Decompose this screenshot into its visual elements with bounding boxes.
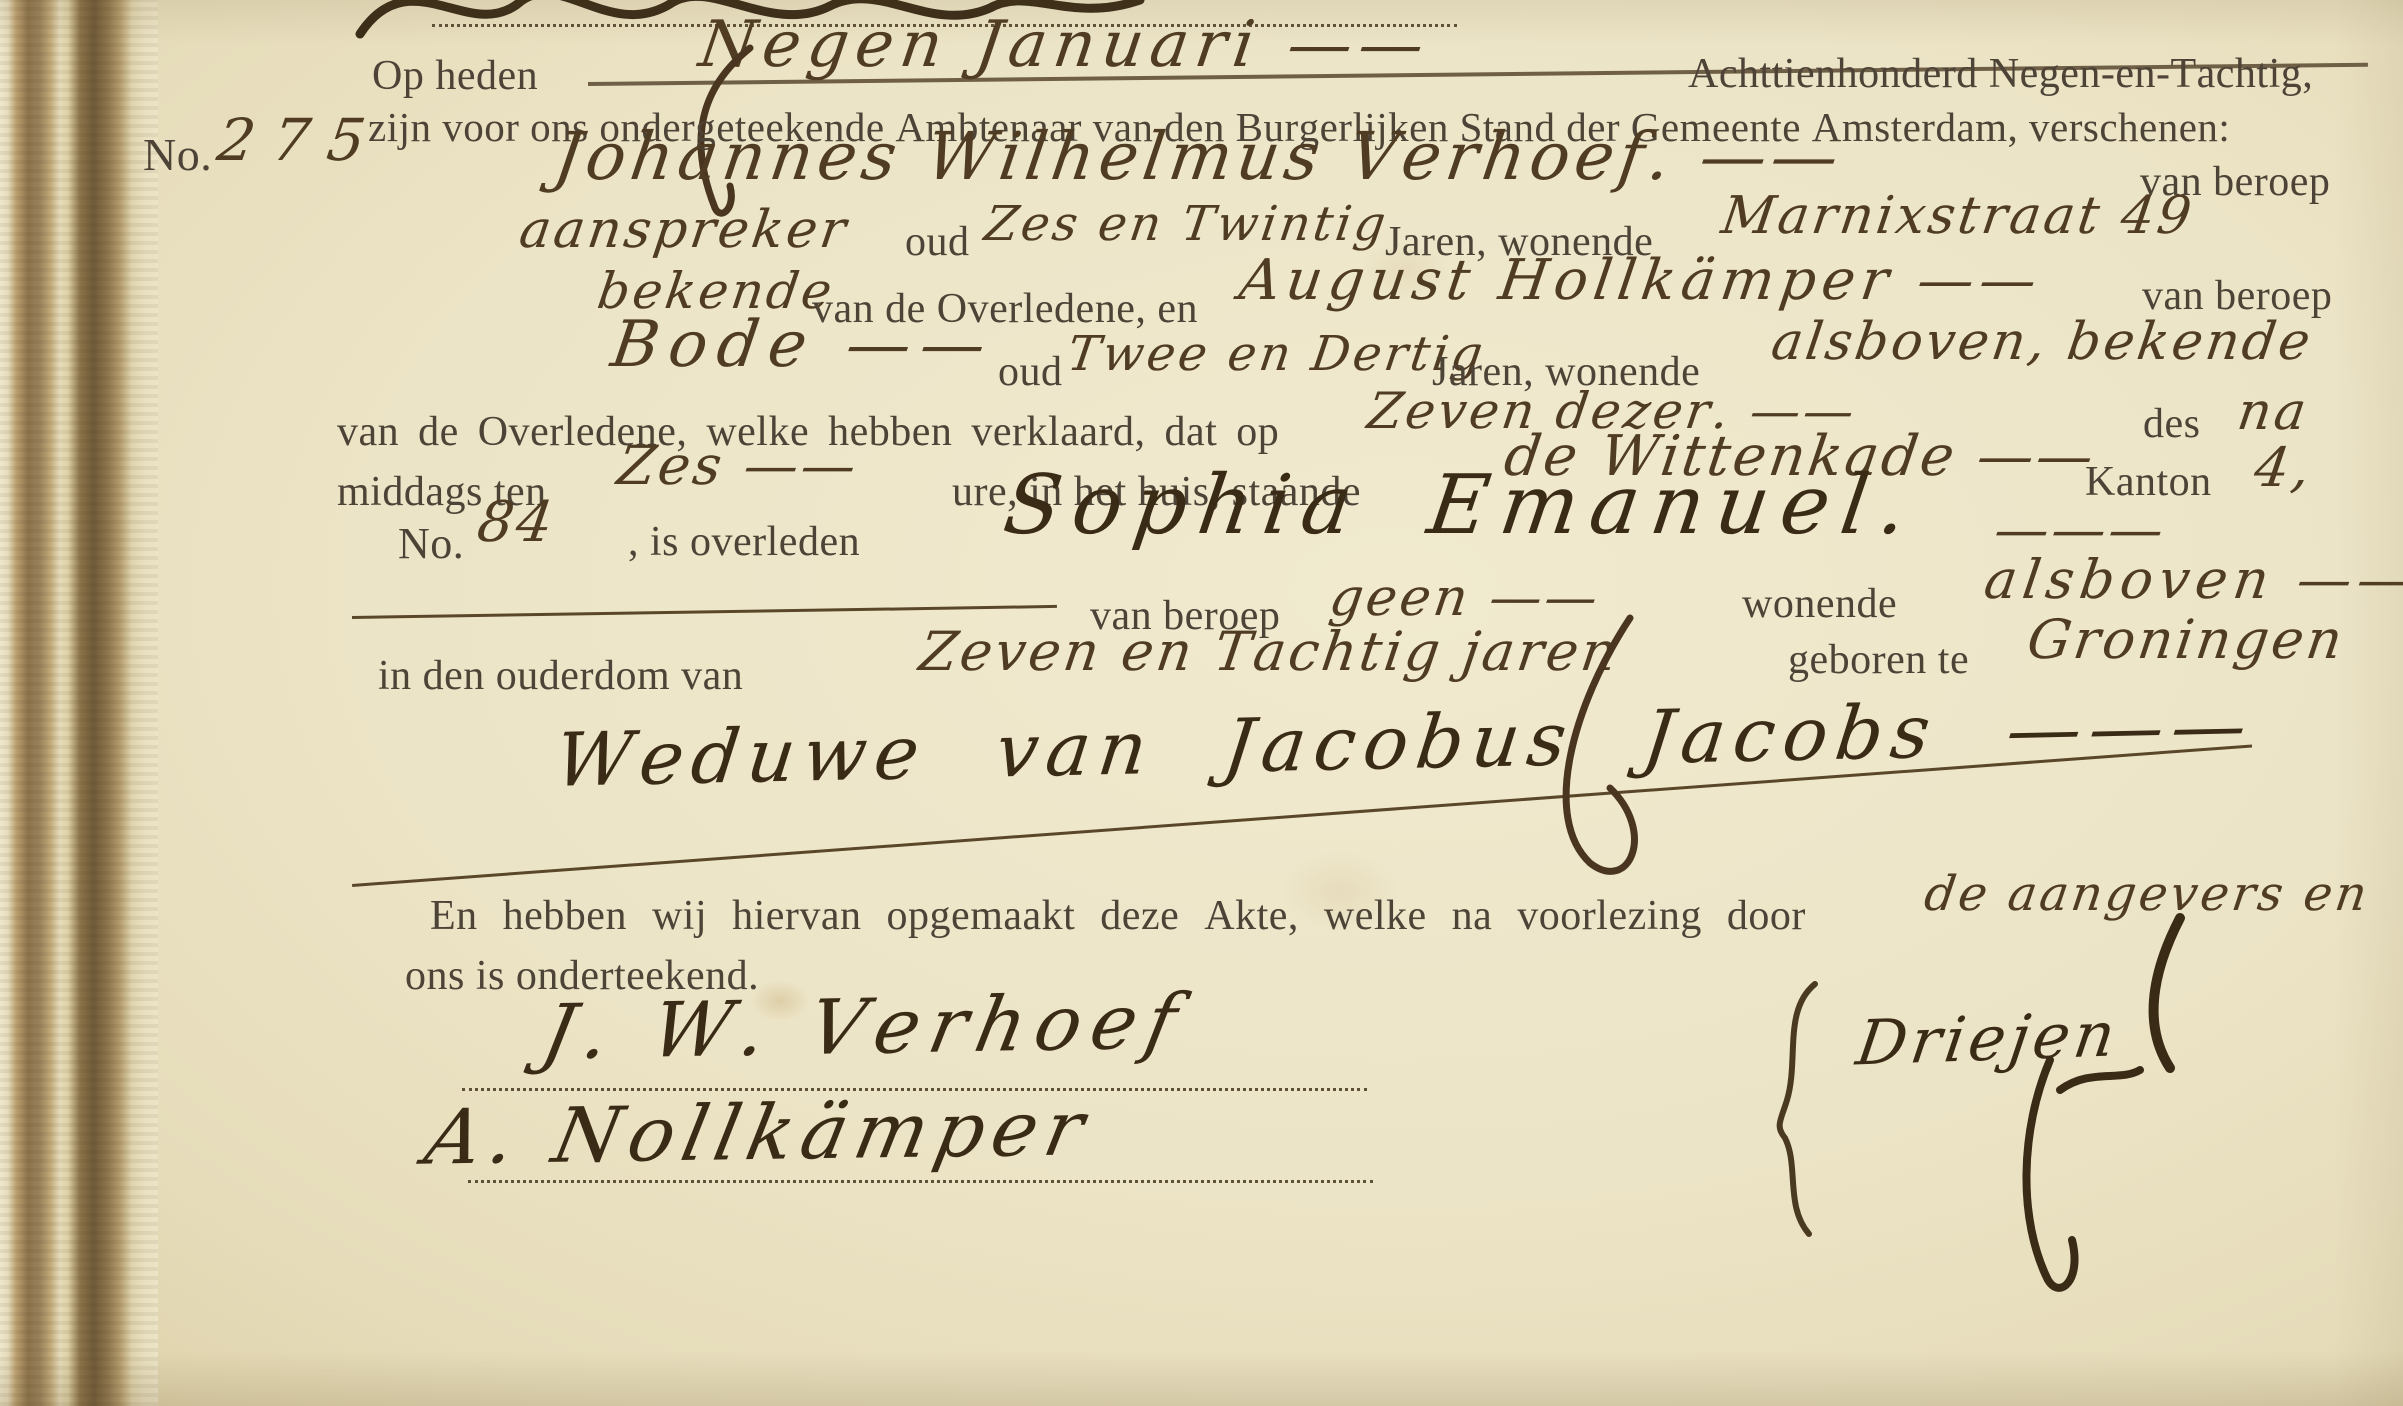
date-handwritten: Negen Januari —— xyxy=(695,8,1435,82)
signature-loop-flourish xyxy=(1480,618,1700,888)
signature-declarant1: J. W. Verhoef xyxy=(535,976,1194,1076)
declarant1-address: Marnixstraat 49 xyxy=(1718,186,2198,246)
deceased-address: alsboven —— xyxy=(1981,548,2403,611)
age-label-2: oud xyxy=(998,348,1063,396)
house-number-label: No. xyxy=(398,518,464,569)
signature-brace xyxy=(1765,980,1835,1240)
des-label: des xyxy=(2143,400,2201,448)
blank-fill-line xyxy=(352,605,1057,619)
act-number-value: 275 xyxy=(213,106,387,174)
birthplace-label: geboren te xyxy=(1788,636,1969,684)
declarant2-occupation: Bode —— xyxy=(607,308,1000,382)
kanton-value: 4, xyxy=(2251,436,2317,499)
declarant2-age: Twee en Dertig xyxy=(1064,326,1489,382)
is-overleden-label: , is overleden xyxy=(628,518,860,566)
house-number-value: 84 xyxy=(473,490,559,555)
declarant1-occupation: aanspreker xyxy=(516,200,853,260)
deceased-residence-label: wonende xyxy=(1742,580,1897,628)
deceased-name: Sophia Emanuel. xyxy=(998,458,1924,553)
official-signature-tail xyxy=(1990,1060,2150,1300)
death-hour: Zes —— xyxy=(614,434,863,497)
age-label-1: oud xyxy=(905,218,970,266)
declarant2-address: alsboven, bekende xyxy=(1768,312,2317,372)
year-printed: Achttienhonderd Negen-en-Tachtig, xyxy=(1688,50,2313,98)
birthplace: Groningen xyxy=(2024,608,2349,671)
death-certificate-page: No. 275 Op heden Negen Januari —— Achtti… xyxy=(0,0,2403,1406)
pen-descender-flourish xyxy=(2110,918,2230,1078)
date-prefix-label: Op heden xyxy=(372,52,538,100)
widow-of-line: Weduwe van Jacobus Jacobs ——— xyxy=(551,682,2260,803)
signature-declarant2: A. Nollkämper xyxy=(418,1083,1099,1181)
des-value: na xyxy=(2234,382,2313,442)
signature-dotted-line-2 xyxy=(468,1180,1373,1183)
act-number-label: No. xyxy=(143,128,212,181)
declarant1-age: Zes en Twintig xyxy=(981,196,1392,252)
declarant1-name: Johannes Wilhelmus Verhoef. —— xyxy=(550,118,1848,195)
closing-line-1: En hebben wij hiervan opgemaakt deze Akt… xyxy=(430,892,1806,940)
declarant2-name: August Hollkämper —— xyxy=(1235,248,2046,313)
book-binding-edge xyxy=(0,0,158,1406)
deceased-age-label: in den ouderdom van xyxy=(378,652,743,700)
closing-handwritten: de aangevers en xyxy=(1921,866,2373,922)
